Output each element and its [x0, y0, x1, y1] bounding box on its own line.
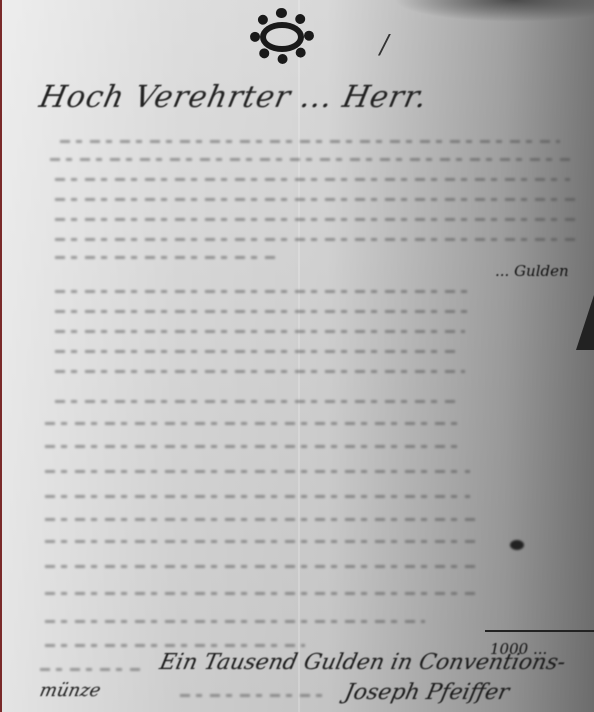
- text-line: [45, 470, 470, 473]
- corner-shadow: [576, 295, 594, 350]
- document-page: / Hoch Verehrter ... Herr. ... Gulden 10…: [0, 0, 594, 712]
- ink-stain: [394, 0, 594, 22]
- text-line: [45, 644, 305, 647]
- text-line: [55, 178, 570, 181]
- text-line: [45, 495, 470, 498]
- text-line: [180, 694, 330, 697]
- text-line: [45, 565, 475, 568]
- text-line: [50, 158, 570, 161]
- text-line: [45, 620, 425, 623]
- text-line: [55, 218, 580, 221]
- letter-salutation: Hoch Verehrter ... Herr.: [36, 80, 430, 115]
- margin-amount: ... Gulden: [495, 262, 569, 280]
- text-line: [40, 668, 140, 671]
- text-line: [55, 198, 575, 201]
- text-line: [55, 350, 455, 353]
- text-line: [55, 400, 455, 403]
- text-line: [55, 330, 465, 333]
- ink-blot: [510, 540, 524, 550]
- text-line: [45, 445, 465, 448]
- corner-mark: /: [380, 30, 389, 60]
- text-line: [55, 370, 465, 373]
- text-line: [45, 518, 475, 521]
- text-line: [55, 256, 275, 259]
- text-line: [55, 290, 475, 293]
- page-edge: [0, 0, 2, 712]
- signatory-name: Joseph Pfeiffer: [342, 680, 511, 705]
- text-line: [45, 422, 465, 425]
- text-line: [60, 140, 560, 143]
- amount-phrase-cont: münze: [38, 680, 103, 701]
- text-line: [45, 540, 475, 543]
- seal-inner-ring: [260, 22, 304, 52]
- amount-phrase: Ein Tausend Gulden in Conventions-: [157, 650, 568, 675]
- text-line: [55, 310, 475, 313]
- text-line: [55, 238, 580, 241]
- text-line: [45, 592, 475, 595]
- sum-rule: [485, 630, 594, 632]
